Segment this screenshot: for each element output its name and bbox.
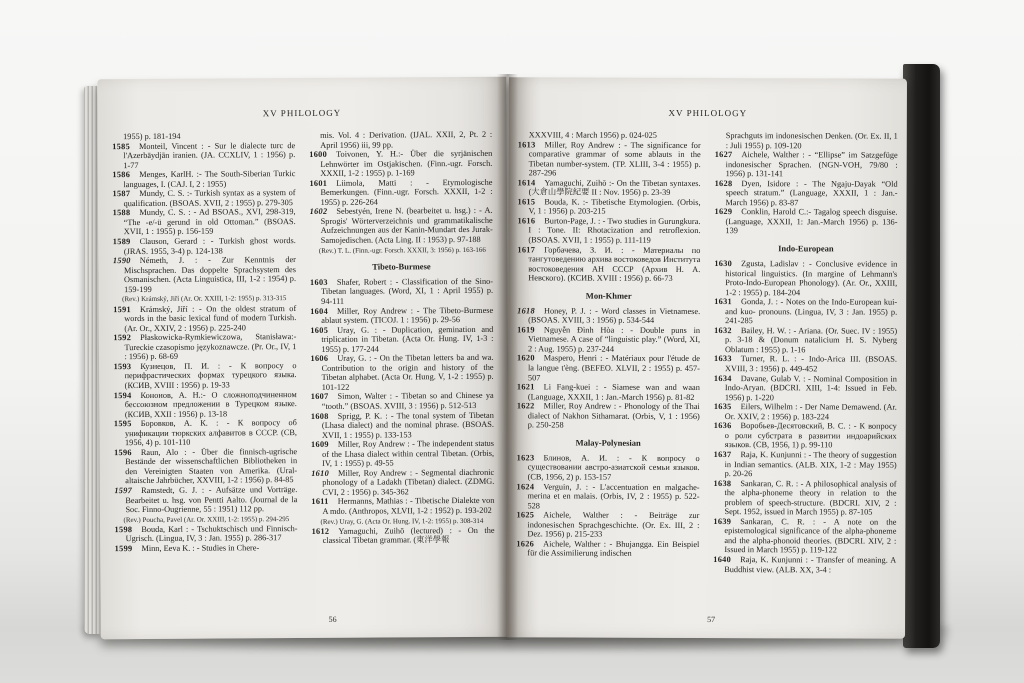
bibliography-entry: 1597Ramstedt, G. J. : - Aufsätze und Vor… (114, 485, 297, 515)
bibliography-entry: 1629Conklin, Harold C.:- Tagalog speech … (714, 207, 897, 236)
entry-number: 1615 (518, 197, 536, 206)
bibliography-entry: 1608Sprigg, P. K. : - The tonal system o… (311, 410, 494, 440)
column-left: 1955) p. 181-1941585Monteil, Vincent : -… (112, 131, 298, 594)
right-page-block-edge (903, 64, 940, 648)
running-header: XV PHILOLOGY (97, 107, 506, 119)
entry-number: 1629 (714, 207, 732, 216)
bibliography-entry: 1625Aichele, Walther : - Beiträge zur in… (516, 510, 699, 539)
column-left: XXXVIII, 4 : March 1956) p. 024-0251613M… (516, 130, 701, 599)
book-page-left: XV PHILOLOGY 1955) p. 181-1941585Monteil… (97, 77, 509, 639)
bibliography-entry: 1587Mundy, C. S. :- Turkish syntax as a … (112, 188, 295, 208)
review-note: (Rev.) Krámský, Jiří (Ar. Or. XXIII, 1-2… (113, 294, 296, 303)
text-columns: XXXVIII, 4 : March 1956) p. 024-0251613M… (507, 130, 907, 599)
entry-number: 1587 (112, 189, 130, 198)
section-heading: Tibeto-Burmese (310, 261, 493, 272)
entry-number: 1594 (114, 391, 132, 400)
page-number: 57 (507, 614, 905, 624)
entry-number: 1623 (517, 453, 535, 462)
bibliography-entry: 1627Aichele, Walther : - “Ellipse” im Sa… (715, 150, 898, 179)
entry-number: 1633 (714, 355, 732, 364)
entry-number: 1632 (714, 326, 732, 335)
entry-number: 1617 (517, 245, 535, 254)
bibliography-entry: 1626Aichele, Walther : - Bhujangga. Ein … (516, 539, 699, 559)
entry-number: 1611 (311, 497, 328, 506)
entry-number: 1590 (113, 256, 131, 265)
running-header: XV PHILOLOGY (509, 107, 907, 118)
entry-number: 1621 (517, 382, 535, 391)
bibliography-entry: 1591Krámský, Jiří : - On the oldest stra… (113, 304, 296, 334)
entry-number: 1608 (311, 411, 329, 420)
entry-number: 1599 (115, 544, 133, 553)
bibliography-entry: 1602Sebestyén, Irene N. (bearbeitet u. h… (310, 206, 493, 245)
entry-continuation: mis. Vol. 4 : Derivation. (IJAL. XXII, 2… (309, 130, 492, 150)
entry-number: 1638 (714, 479, 732, 488)
entry-number: 1589 (113, 237, 131, 246)
entry-number: 1604 (310, 306, 328, 315)
entry-number: 1620 (517, 354, 535, 363)
bibliography-entry: 1595Боровков, А. К. : - К вопросу об уни… (114, 418, 297, 448)
bibliography-entry: 1633Turner, R. L. : - Indo-Arica III. (B… (714, 355, 897, 375)
bibliography-entry: 1632Bailey, H. W. : - Ariana. (Or. Suec.… (714, 326, 897, 355)
section-heading: Malay-Polynesian (517, 437, 700, 448)
bibliography-entry: 1640Raja, K. Kunjunni : - Transfer of me… (713, 555, 896, 575)
bibliography-entry: 1598Bouda, Karl : - Tschuktschisch und F… (115, 524, 298, 544)
entry-number: 1586 (112, 170, 130, 179)
bibliography-entry: 1599Minn, Eeva K. : - Studies in Chere- (115, 543, 298, 554)
entry-number: 1630 (714, 259, 732, 268)
bibliography-entry: 1616Burton-Page, J. : - Two studies in G… (517, 216, 700, 245)
bibliography-entry: 1611Hermanns, Mathias : - Tibetische Dia… (311, 496, 494, 516)
entry-number: 1606 (310, 354, 328, 363)
bibliography-entry: 1596Raun, Alo : - Über die finnisch-ugri… (114, 447, 297, 486)
bibliography-entry: 1603Shafer, Robert : - Classification of… (310, 277, 493, 307)
entry-number: 1625 (516, 510, 534, 519)
entry-number: 1614 (518, 178, 536, 187)
bibliography-entry: 1634Davane, Gulab V. : - Nominal Composi… (714, 374, 897, 403)
bibliography-entry: 1615Bouda, K. :- Tibetische Etymologien.… (517, 197, 700, 217)
bibliography-entry: 1593Кузнецов, П. И. : - К вопросу о пери… (114, 361, 297, 391)
entry-number: 1609 (311, 440, 329, 449)
bibliography-entry: 1628Dyen, Isidore : - The Ngaju-Dayak “O… (715, 179, 898, 208)
entry-number: 1640 (713, 555, 731, 564)
bibliography-entry: 1605Uray, G. : - Duplication, gemination… (310, 324, 493, 354)
bibliography-entry: 1623Блинов, А. И. : - К вопросу о сущест… (517, 453, 700, 482)
entry-number: 1635 (714, 402, 732, 411)
column-right: Sprachguts im indonesischen Denken. (Or.… (713, 131, 898, 600)
entry-number: 1607 (311, 392, 329, 401)
entry-number: 1634 (714, 374, 732, 383)
page-number: 56 (101, 614, 510, 625)
entry-number: 1636 (714, 421, 732, 430)
book-photo-scene: XV PHILOLOGY 1955) p. 181-1941585Monteil… (0, 0, 1024, 683)
entry-number: 1619 (517, 325, 535, 334)
entry-number: 1603 (310, 278, 328, 287)
entry-number: 1618 (517, 306, 535, 315)
review-note: (Rev.) T. L. (Finn.-ugr. Forsch. XXXII, … (310, 245, 493, 254)
bibliography-entry: 1617Горбачева, З. И. : - Материалы по та… (517, 245, 700, 284)
bibliography-entry: 1639Sankaran, C. R. : - A note on the ep… (713, 517, 896, 556)
entry-number: 1602 (310, 207, 328, 216)
entry-number: 1639 (713, 517, 731, 526)
bibliography-entry: 1585Monteil, Vincent : - Sur le dialecte… (112, 141, 295, 171)
column-right: mis. Vol. 4 : Derivation. (IJAL. XXII, 2… (309, 130, 495, 593)
entry-number: 1605 (310, 325, 328, 334)
bibliography-entry: 1612Yamaguchi, Zuihō (lectured) : - On t… (312, 526, 495, 546)
entry-number: 1596 (114, 448, 132, 457)
entry-number: 1613 (518, 140, 536, 149)
page-right-content: XV PHILOLOGY XXXVIII, 4 : March 1956) p.… (507, 77, 907, 638)
bibliography-entry: 1589Clauson, Gerard : - Turkish ghost wo… (113, 236, 296, 256)
bibliography-entry: 1601Liimola, Matti : - Etymologische Bem… (309, 178, 492, 208)
bibliography-entry: 1604Miller, Roy Andrew : - The Tibeto-Bu… (310, 305, 493, 325)
entry-number: 1631 (714, 297, 732, 306)
section-heading: Mon-Khmer (517, 290, 700, 301)
bibliography-entry: 1609Miller, Roy Andrew : - The independe… (311, 439, 494, 469)
page-left-content: XV PHILOLOGY 1955) p. 181-1941585Monteil… (97, 77, 509, 639)
bibliography-entry: 1631Gonda, J. : - Notes on the Indo-Euro… (714, 297, 897, 326)
entry-number: 1601 (309, 179, 327, 188)
entry-number: 1622 (517, 402, 535, 411)
entry-number: 1637 (714, 450, 732, 459)
entry-number: 1627 (715, 150, 733, 159)
entry-number: 1600 (309, 150, 327, 159)
entry-number: 1592 (113, 333, 131, 342)
bibliography-entry: 1613Miller, Roy Andrew : - The significa… (518, 140, 701, 179)
entry-number: 1595 (114, 419, 132, 428)
bibliography-entry: 1606Uray, G. : - On the Tibetan letters … (310, 353, 493, 392)
bibliography-entry: 1630Zgusta, Ladislav : - Conclusive evid… (714, 259, 897, 298)
entry-number: 1591 (113, 305, 131, 314)
text-columns: 1955) p. 181-1941585Monteil, Vincent : -… (98, 130, 510, 594)
review-note: (Rev.) Uray, G. (Acta Or. Hung. IV, 1-2:… (311, 516, 494, 525)
bibliography-entry: 1635Eilers, Wilhelm : - Der Name Demawen… (714, 402, 897, 422)
bibliography-entry: 1618Honey, P. J. : - Word classes in Vie… (517, 306, 700, 326)
bibliography-entry: 1610Miller, Roy Andrew : - Segmental dia… (311, 468, 494, 498)
bibliography-entry: 1622Miller, Roy Andrew : - Phonology of … (517, 402, 700, 431)
review-note: (Rev.) Poucha, Pavel (Ar. Or. XXIII, 1-2… (114, 515, 297, 524)
entry-number: 1585 (112, 142, 130, 151)
bibliography-entry: 1607Simon, Walter : - Tibetan so and Chi… (311, 391, 494, 411)
bibliography-entry: 1600Toivonen, Y. H.:- Über die syrjänisc… (309, 149, 492, 179)
bibliography-entry: 1588Mundy, C. S. : - Ad BSOAS., XVI, 298… (113, 207, 296, 237)
entry-number: 1624 (517, 482, 535, 491)
bibliography-entry: 1619Nguyễn Đình Hòa : - Double puns in V… (517, 325, 700, 354)
entry-number: 1612 (312, 527, 330, 536)
bibliography-entry: 1621Li Fang-kuei : - Siamese wan and waa… (517, 382, 700, 402)
entry-number: 1597 (114, 486, 132, 495)
bibliography-entry: 1586Menges, KarlH. :- The South-Siberian… (112, 169, 295, 189)
bibliography-entry: 1638Sankaran, C. R. : - A philosophical … (713, 479, 896, 518)
section-heading: Indo-European (714, 243, 897, 254)
entry-number: 1610 (311, 469, 329, 478)
bibliography-entry: 1594Кононов, А. Н.:- О сложноподчиненном… (114, 390, 297, 420)
bibliography-entry: 1624Verguin, J. : - L'accentuation en ma… (516, 482, 699, 511)
bibliography-entry: 1620Maspero, Henri : - Matériaux pour l'… (517, 354, 700, 383)
bibliography-entry: 1614Yamaguchi, Zuihō :- On the Tibetan s… (518, 178, 701, 198)
bibliography-entry: 1590Németh, J. : - Zur Kenntnis der Misc… (113, 255, 296, 294)
entry-number: 1598 (115, 525, 133, 534)
book-page-right: XV PHILOLOGY XXXVIII, 4 : March 1956) p.… (507, 77, 907, 638)
entry-number: 1626 (516, 539, 534, 548)
bibliography-entry: 1636Воробьев-Десятовский, В. С. : - К во… (714, 421, 897, 450)
entry-continuation: XXXVIII, 4 : March 1956) p. 024-025 (518, 130, 701, 140)
book-gutter-shadow (497, 74, 518, 640)
entry-number: 1628 (715, 179, 733, 188)
entry-number: 1593 (114, 362, 132, 371)
bibliography-entry: 1637Raja, K. Kunjunni : - The theory of … (714, 450, 897, 479)
entry-number: 1616 (517, 216, 535, 225)
entry-number: 1588 (113, 208, 131, 217)
bibliography-entry: 1592Płaskowicka-Rymkiewiczowa, Stanisław… (113, 332, 296, 362)
entry-continuation: Sprachguts im indonesischen Denken. (Or.… (715, 131, 898, 151)
